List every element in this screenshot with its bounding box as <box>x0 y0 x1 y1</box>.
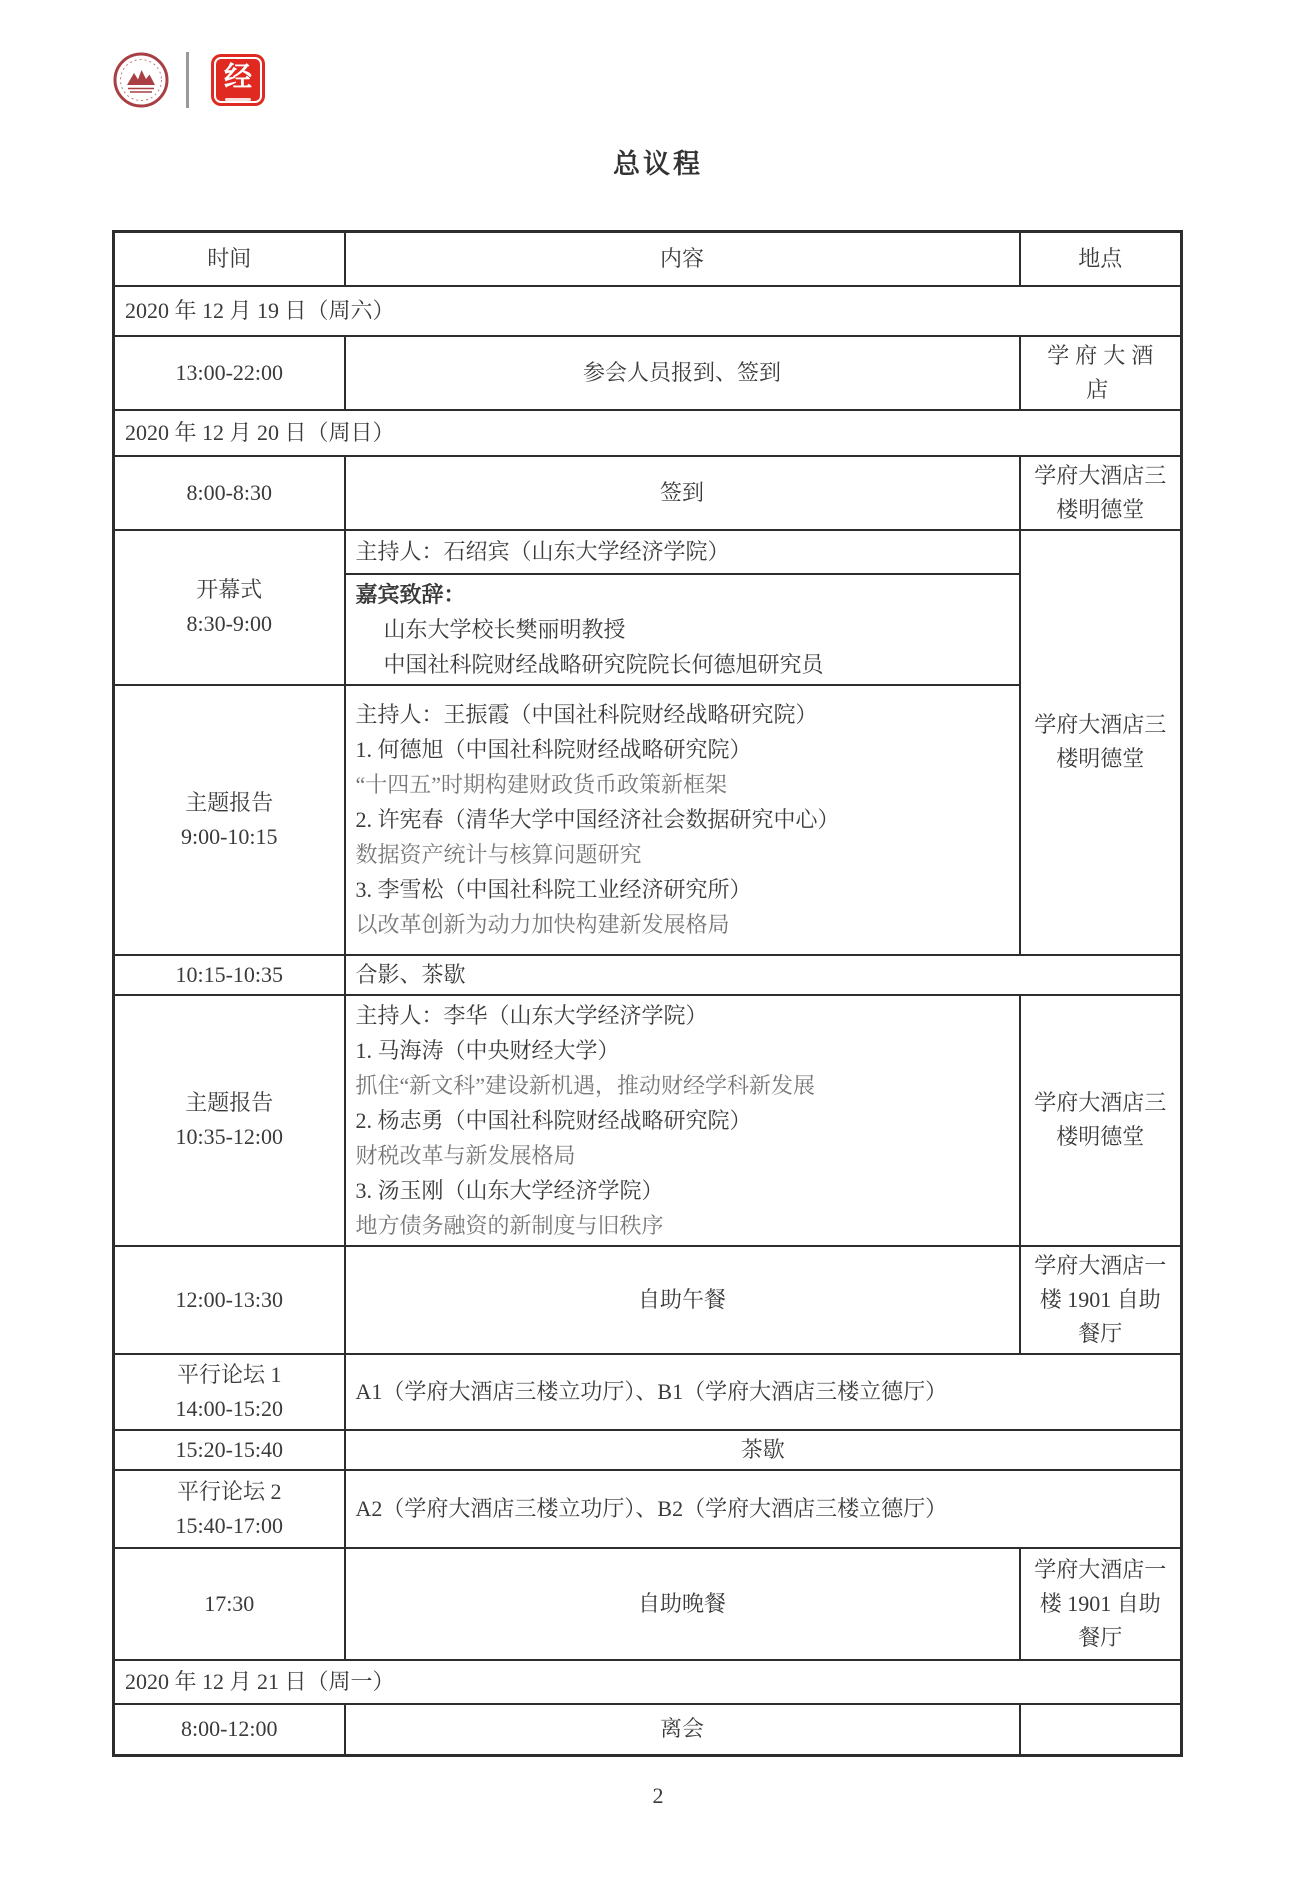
document-page: 经 总议程 时间 内容 地点 2020 年 12 月 19 日（周六） 13:0… <box>0 0 1316 1886</box>
speaker-line: 2. 杨志勇（中国社科院财经战略研究院） <box>356 1103 1009 1138</box>
content-cell: 嘉宾致辞： 山东大学校长樊丽明教授 中国社科院财经战略研究院院长何德旭研究员 <box>345 574 1020 685</box>
content-cell-span: 茶歇 <box>345 1430 1182 1470</box>
time-cell: 8:00-8:30 <box>114 456 345 530</box>
content-cell: 主持人：石绍宾（山东大学经济学院） <box>345 530 1020 574</box>
time-cell-forum2: 平行论坛 2 15:40-17:00 <box>114 1470 345 1548</box>
location-cell: 学府大酒店三楼明德堂 <box>1020 995 1182 1246</box>
institute-seal-glyph: 经 <box>224 64 252 92</box>
talk-title-line: 抓住“新文科”建设新机遇，推动财经学科新发展 <box>356 1068 1009 1103</box>
session-time: 10:35-12:00 <box>125 1120 334 1154</box>
speaker-line: 2. 许宪春（清华大学中国经济社会数据研究中心） <box>356 802 1009 837</box>
row-forum2: 平行论坛 2 15:40-17:00 A2（学府大酒店三楼立功厅）、B2（学府大… <box>114 1470 1182 1548</box>
location-cell: 学府大酒店一楼 1901 自助餐厅 <box>1020 1246 1182 1354</box>
session-time: 9:00-10:15 <box>125 820 334 854</box>
date-label: 2020 年 12 月 21 日（周一） <box>114 1660 1182 1704</box>
content-cell: 签到 <box>345 456 1020 530</box>
col-header-time: 时间 <box>114 232 345 286</box>
content-cell-span: 合影、茶歇 <box>345 955 1182 995</box>
speaker-line: 3. 汤玉刚（山东大学经济学院） <box>356 1173 1009 1208</box>
page-number: 2 <box>0 1783 1316 1809</box>
header-logos: 经 <box>112 50 265 110</box>
session-host: 主持人：李华（山东大学经济学院） <box>356 998 1009 1033</box>
talk-title-line: “十四五”时期构建财政货币政策新框架 <box>356 767 1009 802</box>
talk-title-line: 地方债务融资的新制度与旧秩序 <box>356 1208 1009 1243</box>
session-label: 开幕式 <box>125 573 334 607</box>
location-cell: 学府大酒店三楼明德堂 <box>1020 456 1182 530</box>
speech-guest: 山东大学校长樊丽明教授 <box>356 612 1009 647</box>
agenda-table: 时间 内容 地点 2020 年 12 月 19 日（周六） 13:00-22:0… <box>112 230 1183 1757</box>
talk-title-line: 以改革创新为动力加快构建新发展格局 <box>356 907 1009 942</box>
row-session2: 主题报告 10:35-12:00 主持人：李华（山东大学经济学院） 1. 马海涛… <box>114 995 1182 1246</box>
content-cell: 自助午餐 <box>345 1246 1020 1354</box>
time-cell-forum1: 平行论坛 1 14:00-15:20 <box>114 1354 345 1430</box>
date-row-day3: 2020 年 12 月 21 日（周一） <box>114 1660 1182 1704</box>
speaker-line: 1. 马海涛（中央财经大学） <box>356 1033 1009 1068</box>
row-signin: 8:00-8:30 签到 学府大酒店三楼明德堂 <box>114 456 1182 530</box>
speaker-line: 1. 何德旭（中国社科院财经战略研究院） <box>356 732 1009 767</box>
date-label: 2020 年 12 月 19 日（周六） <box>114 286 1182 336</box>
location-cell: 学府大酒店 <box>1020 336 1182 410</box>
institute-seal-caption <box>225 98 251 101</box>
session-time: 8:30-9:00 <box>125 607 334 641</box>
time-cell: 12:00-13:30 <box>114 1246 345 1354</box>
content-cell: 主持人：王振霞（中国社科院财经战略研究院） 1. 何德旭（中国社科院财经战略研究… <box>345 685 1020 955</box>
date-row-day2: 2020 年 12 月 20 日（周日） <box>114 410 1182 456</box>
row-opening-host: 开幕式 8:30-9:00 主持人：石绍宾（山东大学经济学院） 学府大酒店三楼明… <box>114 530 1182 574</box>
row-forum1: 平行论坛 1 14:00-15:20 A1（学府大酒店三楼立功厅）、B1（学府大… <box>114 1354 1182 1430</box>
university-seal-icon <box>112 51 170 109</box>
talk-title-line: 数据资产统计与核算问题研究 <box>356 837 1009 872</box>
logo-divider <box>186 52 189 108</box>
time-cell: 15:20-15:40 <box>114 1430 345 1470</box>
time-cell: 10:15-10:35 <box>114 955 345 995</box>
row-checkin: 13:00-22:00 参会人员报到、签到 学府大酒店 <box>114 336 1182 410</box>
content-cell-span: A2（学府大酒店三楼立功厅）、B2（学府大酒店三楼立德厅） <box>345 1470 1182 1548</box>
session-label: 主题报告 <box>125 786 334 820</box>
speaker-line: 3. 李雪松（中国社科院工业经济研究所） <box>356 872 1009 907</box>
location-cell-empty <box>1020 1704 1182 1756</box>
row-tea-break: 15:20-15:40 茶歇 <box>114 1430 1182 1470</box>
date-label: 2020 年 12 月 20 日（周日） <box>114 410 1182 456</box>
col-header-content: 内容 <box>345 232 1020 286</box>
row-dinner: 17:30 自助晚餐 学府大酒店一楼 1901 自助餐厅 <box>114 1548 1182 1660</box>
location-cell-merged: 学府大酒店三楼明德堂 <box>1020 530 1182 955</box>
session-time: 14:00-15:20 <box>125 1392 334 1426</box>
time-cell: 8:00-12:00 <box>114 1704 345 1756</box>
speech-heading: 嘉宾致辞： <box>356 577 1009 612</box>
time-cell-opening: 开幕式 8:30-9:00 <box>114 530 345 685</box>
table-header-row: 时间 内容 地点 <box>114 232 1182 286</box>
content-cell: 主持人：李华（山东大学经济学院） 1. 马海涛（中央财经大学） 抓住“新文科”建… <box>345 995 1020 1246</box>
row-photo-break: 10:15-10:35 合影、茶歇 <box>114 955 1182 995</box>
col-header-location: 地点 <box>1020 232 1182 286</box>
content-cell: 自助晚餐 <box>345 1548 1020 1660</box>
content-cell: 离会 <box>345 1704 1020 1756</box>
time-cell-session1: 主题报告 9:00-10:15 <box>114 685 345 955</box>
time-cell: 17:30 <box>114 1548 345 1660</box>
page-title: 总议程 <box>0 142 1316 181</box>
session-label: 平行论坛 2 <box>125 1475 334 1509</box>
row-lunch: 12:00-13:30 自助午餐 学府大酒店一楼 1901 自助餐厅 <box>114 1246 1182 1354</box>
session-host: 主持人：王振霞（中国社科院财经战略研究院） <box>356 697 1009 732</box>
institute-seal-icon: 经 <box>211 54 265 106</box>
row-departure: 8:00-12:00 离会 <box>114 1704 1182 1756</box>
time-cell-session2: 主题报告 10:35-12:00 <box>114 995 345 1246</box>
location-cell: 学府大酒店一楼 1901 自助餐厅 <box>1020 1548 1182 1660</box>
session-time: 15:40-17:00 <box>125 1509 334 1543</box>
content-cell-span: A1（学府大酒店三楼立功厅）、B1（学府大酒店三楼立德厅） <box>345 1354 1182 1430</box>
date-row-day1: 2020 年 12 月 19 日（周六） <box>114 286 1182 336</box>
speech-guest: 中国社科院财经战略研究院院长何德旭研究员 <box>356 647 1009 682</box>
content-cell: 参会人员报到、签到 <box>345 336 1020 410</box>
talk-title-line: 财税改革与新发展格局 <box>356 1138 1009 1173</box>
session-label: 平行论坛 1 <box>125 1358 334 1392</box>
time-cell: 13:00-22:00 <box>114 336 345 410</box>
session-label: 主题报告 <box>125 1086 334 1120</box>
